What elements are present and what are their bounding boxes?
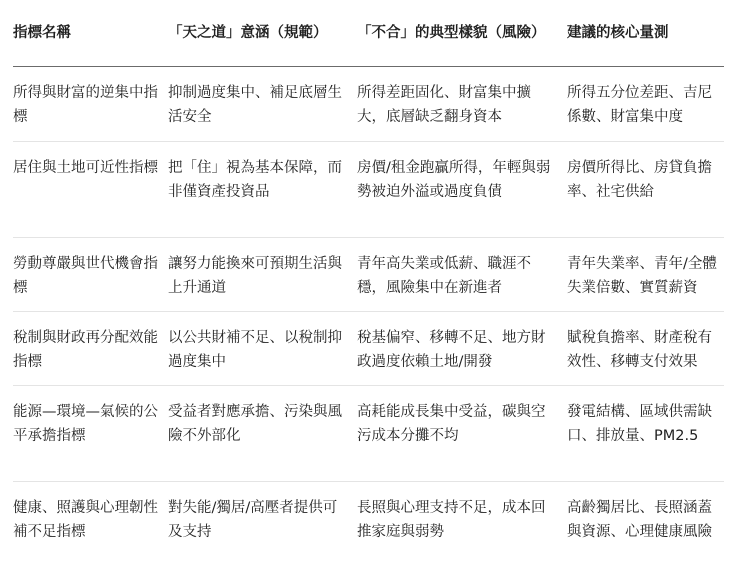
table-row: 勞動尊嚴與世代機會指標 讓努力能換來可預期生活與上升通道 青年高失業或低薪、職涯…: [13, 238, 724, 312]
header-meaning: 「天之道」意涵（規範）: [168, 21, 357, 45]
table-row: 所得與財富的逆集中指標 抑制過度集中、補足底層生活安全 所得差距固化、財富集中擴…: [13, 67, 724, 142]
cell-indicator-name: 健康、照護與心理韌性補不足指標: [13, 482, 168, 566]
cell-risk: 所得差距固化、財富集中擴大，底層缺乏翻身資本: [357, 67, 567, 141]
cell-indicator-name: 能源—環境—氣候的公平承擔指標: [13, 386, 168, 481]
table-row: 能源—環境—氣候的公平承擔指標 受益者對應承擔、污染與風險不外部化 高耗能成長集…: [13, 386, 724, 482]
table-row: 健康、照護與心理韌性補不足指標 對失能/獨居/高壓者提供可及支持 長照與心理支持…: [13, 482, 724, 566]
cell-meaning: 把「住」視為基本保障，而非僅資產投資品: [168, 142, 357, 237]
cell-risk: 高耗能成長集中受益，碳與空污成本分攤不均: [357, 386, 567, 481]
cell-indicator-name: 勞動尊嚴與世代機會指標: [13, 238, 168, 311]
cell-measures: 房價所得比、房貸負擔率、社宅供給: [567, 142, 724, 237]
cell-risk: 稅基偏窄、移轉不足、地方財政過度依賴土地/開發: [357, 312, 567, 385]
cell-measures: 青年失業率、青年/全體失業倍數、實質薪資: [567, 238, 724, 311]
cell-indicator-name: 稅制與財政再分配效能指標: [13, 312, 168, 385]
table-header-row: 指標名稱 「天之道」意涵（規範） 「不合」的典型樣貌（風險） 建議的核心量測: [13, 0, 724, 67]
header-risk: 「不合」的典型樣貌（風險）: [357, 21, 567, 45]
indicator-table: 指標名稱 「天之道」意涵（規範） 「不合」的典型樣貌（風險） 建議的核心量測 所…: [13, 0, 724, 566]
table-row: 居住與土地可近性指標 把「住」視為基本保障，而非僅資產投資品 房價/租金跑贏所得…: [13, 142, 724, 238]
cell-indicator-name: 所得與財富的逆集中指標: [13, 67, 168, 141]
cell-meaning: 以公共財補不足、以稅制抑過度集中: [168, 312, 357, 385]
cell-risk: 青年高失業或低薪、職涯不穩，風險集中在新進者: [357, 238, 567, 311]
cell-measures: 所得五分位差距、吉尼係數、財富集中度: [567, 67, 724, 141]
cell-measures: 賦稅負擔率、財產稅有效性、移轉支付效果: [567, 312, 724, 385]
header-indicator-name: 指標名稱: [13, 21, 168, 45]
cell-meaning: 讓努力能換來可預期生活與上升通道: [168, 238, 357, 311]
cell-meaning: 抑制過度集中、補足底層生活安全: [168, 67, 357, 141]
cell-meaning: 對失能/獨居/高壓者提供可及支持: [168, 482, 357, 566]
cell-measures: 發電結構、區域供需缺口、排放量、PM2.5: [567, 386, 724, 481]
table-row: 稅制與財政再分配效能指標 以公共財補不足、以稅制抑過度集中 稅基偏窄、移轉不足、…: [13, 312, 724, 386]
cell-meaning: 受益者對應承擔、污染與風險不外部化: [168, 386, 357, 481]
cell-risk: 長照與心理支持不足，成本回推家庭與弱勢: [357, 482, 567, 566]
cell-risk: 房價/租金跑贏所得，年輕與弱勢被迫外溢或過度負債: [357, 142, 567, 237]
cell-indicator-name: 居住與土地可近性指標: [13, 142, 168, 237]
cell-measures: 高齡獨居比、長照涵蓋與資源、心理健康風險: [567, 482, 724, 566]
header-measures: 建議的核心量測: [567, 21, 724, 45]
